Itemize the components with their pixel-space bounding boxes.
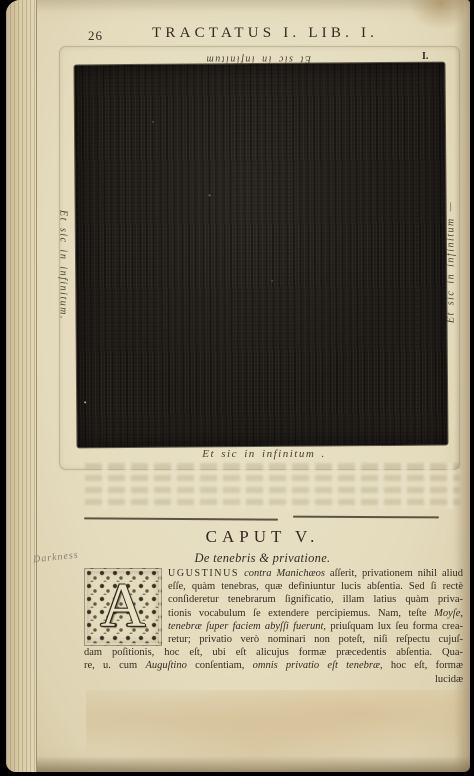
catchword: lucidæ — [84, 673, 463, 686]
figure-caption-right: Et sic in infinitum — — [446, 201, 457, 323]
page-number: 26 — [88, 28, 103, 44]
drop-cap-ornament: A — [84, 568, 162, 646]
stain — [406, 0, 464, 32]
figure-caption-top: Et sic in infinitum — [205, 54, 311, 65]
foxing-stains — [86, 690, 466, 770]
body-paragraph: A UGUSTINUS contra Manichæos aſſerit, pr… — [84, 567, 463, 686]
page-edges — [6, 0, 37, 772]
body-line: dam poſitionis, hoc eſt, ubi eſt alicuju… — [84, 646, 463, 659]
black-square-engraving — [75, 63, 448, 448]
drop-cap-letter: A — [85, 569, 161, 643]
figure-caption-bottom: Et sic in infinitum . — [202, 448, 326, 460]
running-title: TRACTATUS I. LIB. I. — [152, 25, 378, 42]
body-line: re, u. cum Auguſtino conſentiam, omnis p… — [84, 659, 463, 672]
scanned-book-photo: 26 TRACTATUS I. LIB. I. I. Et sic in inf… — [0, 0, 474, 776]
chapter-subtitle: De tenebris & privatione. — [120, 551, 405, 566]
chapter-heading-block: CAPUT V. De tenebris & privatione. — [120, 527, 405, 566]
chapter-heading: CAPUT V. — [120, 527, 405, 547]
figure-caption-left: Et sic in infinitum. — [58, 210, 69, 320]
showthrough-text — [85, 463, 460, 509]
